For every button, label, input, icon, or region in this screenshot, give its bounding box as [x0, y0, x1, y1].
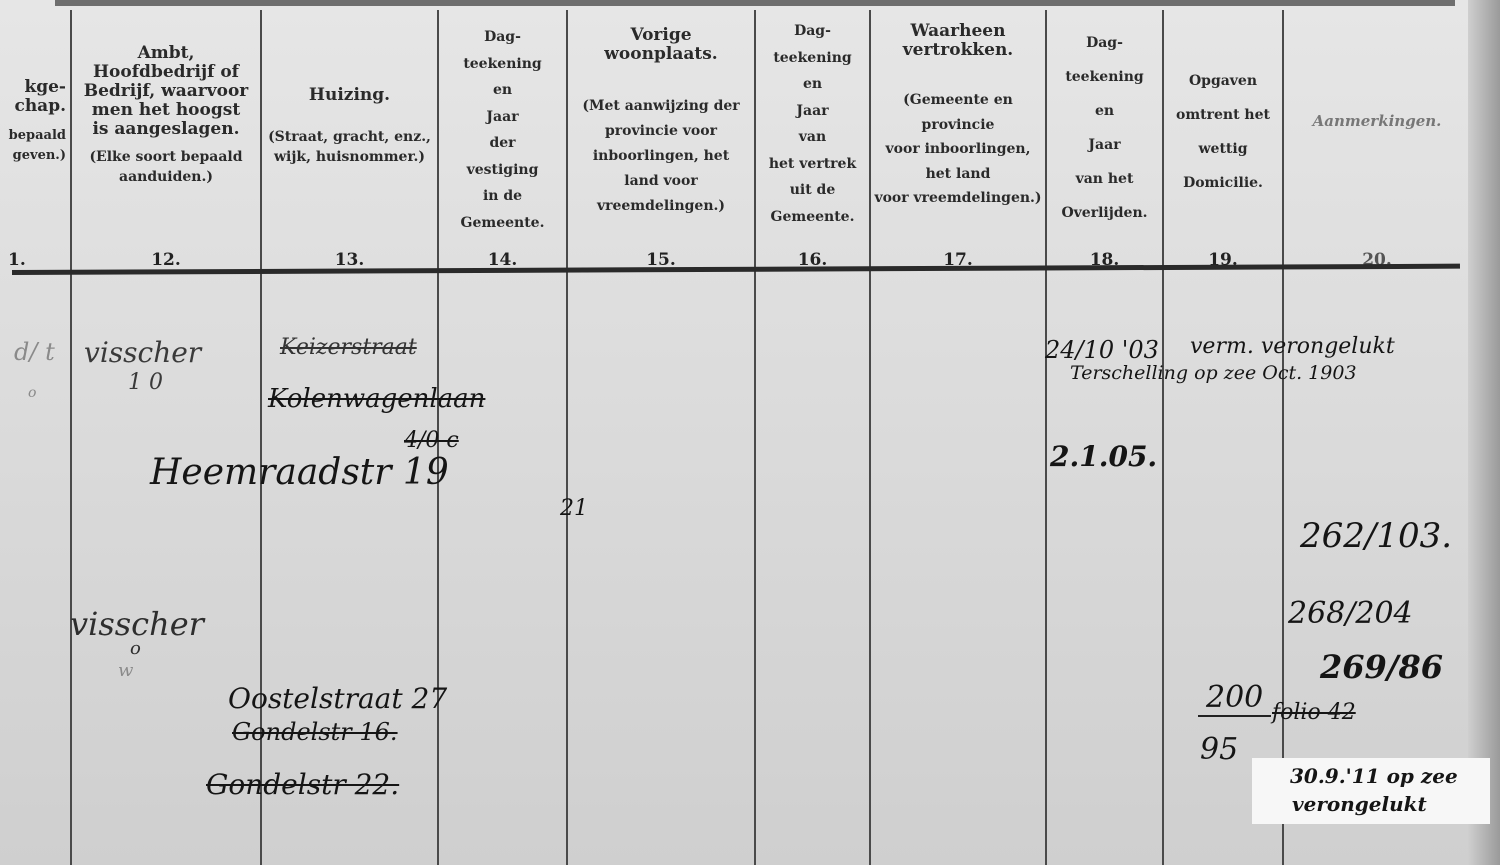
- top-border-rule: [55, 0, 1455, 6]
- address-entry: Heemraadstr 19: [150, 452, 449, 493]
- address-number-struck: 4/0 c: [404, 428, 459, 453]
- occupation-code: o: [130, 638, 141, 659]
- occupation-entry: visscher: [84, 336, 201, 369]
- occupation-code: 1 0: [128, 370, 163, 395]
- header-title: Waarheen vertrokken.: [871, 22, 1045, 60]
- header-title: kge- chap.: [0, 78, 70, 116]
- address-entry-struck: Keizerstraat: [280, 335, 417, 360]
- header-title: Ambt, Hoofdbedrijf of Bedrijf, waarvoor …: [72, 44, 260, 139]
- register-reference: 262/103.: [1300, 516, 1452, 556]
- header-title: Vorige woonplaats.: [568, 26, 754, 64]
- death-date-entry: 2.1.05.: [1050, 440, 1157, 473]
- header-subtitle: (Gemeente en provincie voor inboorlingen…: [871, 88, 1045, 211]
- header-col-20: Aanmerkingen.: [1284, 112, 1470, 332]
- handwritten-mark: o: [28, 385, 36, 401]
- remark-entry: Terschelling op zee Oct. 1903: [1070, 362, 1357, 384]
- header-subtitle: bepaald geven.): [0, 126, 70, 166]
- header-subtitle: (Elke soort bepaald aanduiden.): [72, 147, 260, 187]
- header-title: Huizing.: [262, 86, 437, 105]
- death-date-entry: 24/10 '03: [1045, 336, 1159, 364]
- column-number: 13.: [262, 250, 437, 270]
- header-col-16: Dag- teekening en Jaar van het vertrek u…: [756, 18, 869, 238]
- register-page: kge- chap. bepaald geven.) Ambt, Hoofdbe…: [0, 0, 1500, 865]
- address-entry-struck: Gondelstr 16.: [232, 718, 398, 746]
- header-col-18: Dag- teekening en Jaar van het Overlijde…: [1047, 26, 1162, 246]
- column-number: 12.: [72, 250, 260, 270]
- header-subtitle: (Straat, gracht, enz., wijk, huisnommer.…: [262, 127, 437, 167]
- handwritten-mark: d/ t: [14, 338, 55, 366]
- address-entry-struck: Kolenwagenlaan: [268, 384, 485, 414]
- occupation-code: w: [118, 660, 133, 681]
- register-reference-denominator: 95: [1200, 732, 1238, 767]
- header-col-12: Ambt, Hoofdbedrijf of Bedrijf, waarvoor …: [72, 44, 260, 264]
- note-line: verongelukt: [1292, 792, 1427, 816]
- header-col-15: Vorige woonplaats. (Met aanwijzing der p…: [568, 26, 754, 246]
- folio-reference-struck: folio 42: [1272, 700, 1356, 725]
- header-col-14: Dag- teekening en Jaar der vestiging in …: [439, 24, 566, 244]
- column-number: 1.: [8, 250, 28, 270]
- address-number: 21: [560, 496, 588, 521]
- note-line: 30.9.'11 op zee: [1290, 764, 1458, 788]
- pasted-correction-note: 30.9.'11 op zee verongelukt: [1252, 758, 1490, 824]
- header-subtitle: (Met aanwijzing der provincie voor inboo…: [568, 94, 754, 219]
- address-entry: Oostelstraat 27: [228, 682, 447, 715]
- register-reference-numerator: 200: [1198, 680, 1271, 717]
- header-col-17: Waarheen vertrokken. (Gemeente en provin…: [871, 22, 1045, 242]
- register-reference: 269/86: [1320, 648, 1443, 686]
- remark-entry: verm. verongelukt: [1190, 334, 1395, 359]
- register-reference: 268/204: [1288, 596, 1413, 631]
- page-edge-shadow: [1468, 0, 1500, 865]
- address-entry-struck: Gondelstr 22.: [206, 768, 399, 801]
